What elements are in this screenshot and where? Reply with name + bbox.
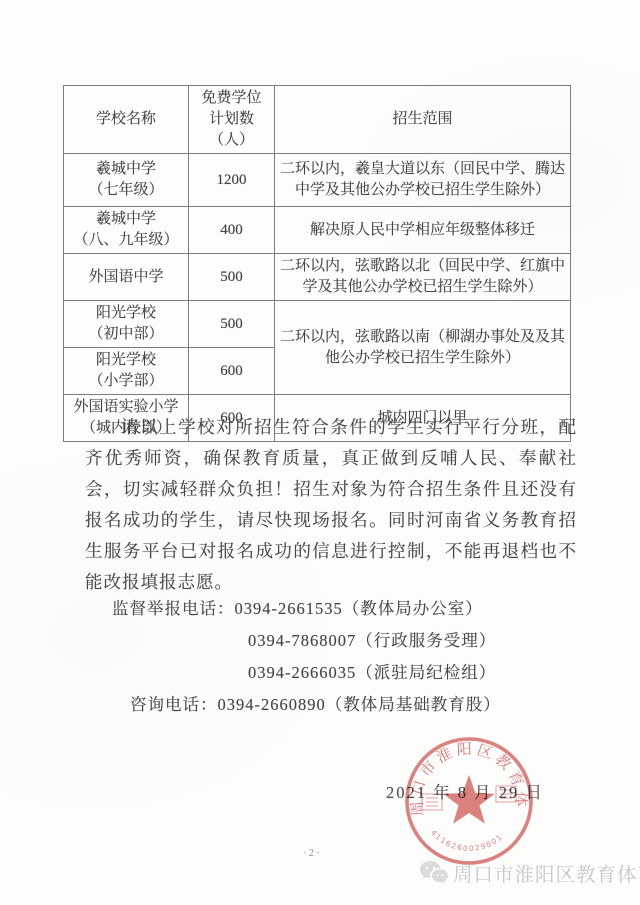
seal-code: 4116260029801 — [429, 828, 505, 853]
col-header-scope: 招生范围 — [275, 86, 571, 154]
footer-watermark: 周口市淮阳区教育体育局 — [419, 858, 640, 888]
supervision-phone-label: 监督举报电话： — [112, 599, 235, 618]
school-name-cell: 阳光学校 （初中部） — [64, 301, 189, 348]
school-name-cell: 羲城中学 （七年级） — [64, 154, 189, 207]
page-number: ·2· — [303, 847, 322, 859]
inquiry-phone-value: 0394-2660890（教体局基础教育股） — [218, 695, 501, 714]
table-row: 羲城中学 （七年级） 1200 二环以内，羲皇大道以东（回民中学、腾达中学及其他… — [64, 154, 571, 207]
notice-paragraph: 请以上学校对所招生符合条件的学生实行平行分班，配齐优秀师资，确保教育质量，真正做… — [85, 412, 577, 598]
plan-count-cell: 400 — [189, 207, 275, 254]
svg-text:4116260029801: 4116260029801 — [429, 828, 505, 853]
supervision-phone-line-1: 监督举报电话：0394-2661535（教体局办公室） — [112, 595, 483, 619]
school-name-cell: 外国语中学 — [64, 254, 189, 301]
supervision-phone-line-2: 0394-7868007（行政服务受理） — [248, 627, 496, 651]
table-row: 阳光学校 （初中部） 500 二环以内，弦歌路以南（柳湖办事处及及其他公办学校已… — [64, 301, 571, 348]
document-page: 学校名称 免费学位 计划数 （人） 招生范围 羲城中学 （七年级） 1200 二… — [0, 0, 640, 905]
col-header-school: 学校名称 — [64, 86, 189, 154]
col-header-plan: 免费学位 计划数 （人） — [189, 86, 275, 154]
scope-cell: 解决原人民中学相应年级整体移迁 — [275, 207, 571, 254]
plan-count-cell: 500 — [189, 301, 275, 348]
footer-watermark-text: 周口市淮阳区教育体育局 — [453, 859, 640, 887]
table-header-row: 学校名称 免费学位 计划数 （人） 招生范围 — [64, 86, 571, 154]
scope-cell-merged: 二环以内，弦歌路以南（柳湖办事处及及其他公办学校已招生学生除外） — [275, 301, 571, 395]
wechat-icon — [419, 860, 449, 886]
table-row: 外国语中学 500 二环以内，弦歌路以北（回民中学、红旗中学及其他公办学校已招生… — [64, 254, 571, 301]
seal-star-icon — [443, 775, 494, 824]
plan-count-cell: 1200 — [189, 154, 275, 207]
inquiry-phone-label: 咨询电话： — [130, 695, 218, 714]
plan-count-cell: 500 — [189, 254, 275, 301]
scope-cell: 二环以内，羲皇大道以东（回民中学、腾达中学及其他公办学校已招生学生除外） — [275, 154, 571, 207]
school-name-cell: 羲城中学 （八、九年级） — [64, 207, 189, 254]
inquiry-phone-line: 咨询电话：0394-2660890（教体局基础教育股） — [130, 691, 501, 715]
supervision-phone-value: 0394-2661535（教体局办公室） — [235, 599, 483, 618]
supervision-phone-line-3: 0394-2666035（派驻局纪检组） — [248, 659, 496, 683]
school-name-cell: 阳光学校 （小学部） — [64, 348, 189, 395]
scope-cell: 二环以内，弦歌路以北（回民中学、红旗中学及其他公办学校已招生学生除外） — [275, 254, 571, 301]
plan-count-cell: 600 — [189, 348, 275, 395]
enrollment-table: 学校名称 免费学位 计划数 （人） 招生范围 羲城中学 （七年级） 1200 二… — [63, 85, 571, 442]
table-row: 羲城中学 （八、九年级） 400 解决原人民中学相应年级整体移迁 — [64, 207, 571, 254]
